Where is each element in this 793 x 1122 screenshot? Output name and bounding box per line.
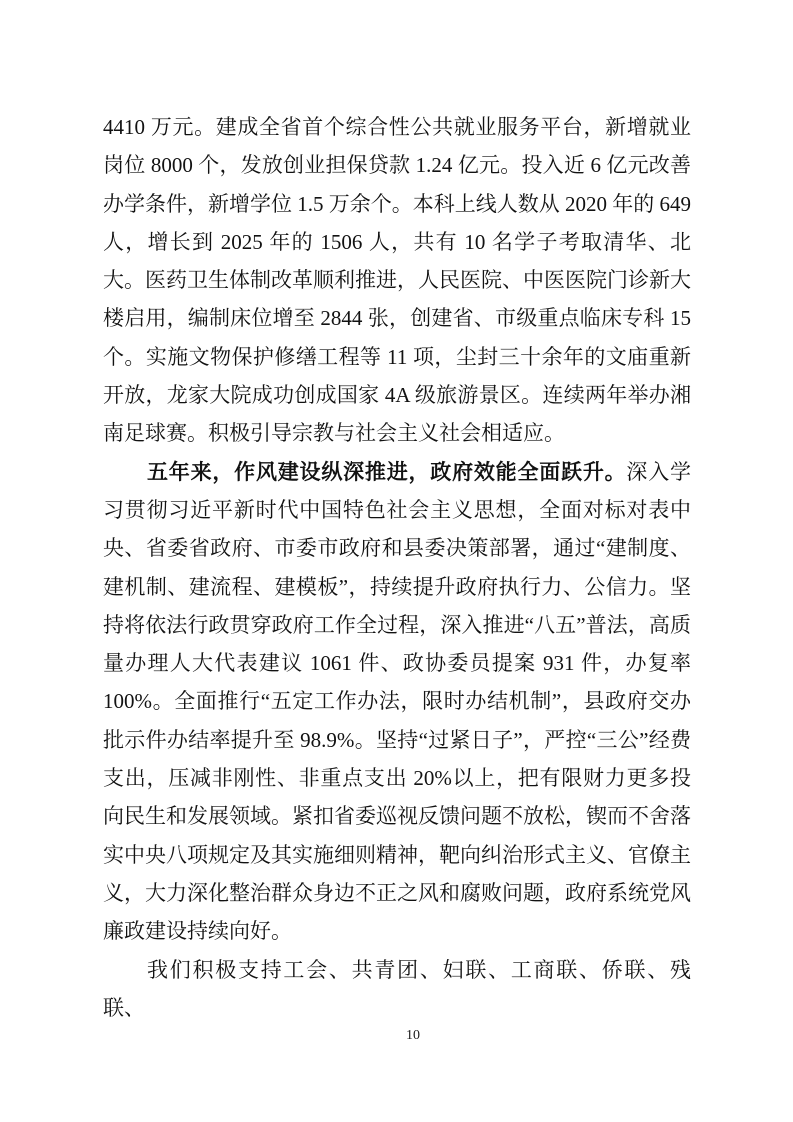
document-page: 4410 万元。建成全省首个综合性公共就业服务平台，新增就业岗位 8000 个，… (0, 0, 793, 1122)
text-segment: 深入学习贯彻习近平新时代中国特色社会主义思想，全面对标对表中央、省委省政府、市委… (103, 460, 691, 944)
paragraph: 4410 万元。建成全省首个综合性公共就业服务平台，新增就业岗位 8000 个，… (103, 108, 691, 453)
text-segment: 4410 万元。建成全省首个综合性公共就业服务平台，新增就业岗位 8000 个，… (103, 115, 691, 445)
paragraph: 我们积极支持工会、共青团、妇联、工商联、侨联、残联、 (103, 951, 691, 1028)
document-body: 4410 万元。建成全省首个综合性公共就业服务平台，新增就业岗位 8000 个，… (103, 108, 691, 1027)
page-number: 10 (103, 1026, 723, 1046)
bold-text-segment: 五年来，作风建设纵深推进，政府效能全面跃升。 (147, 460, 626, 484)
paragraph: 五年来，作风建设纵深推进，政府效能全面跃升。深入学习贯彻习近平新时代中国特色社会… (103, 453, 691, 951)
text-segment: 我们积极支持工会、共青团、妇联、工商联、侨联、残联、 (103, 958, 691, 1020)
